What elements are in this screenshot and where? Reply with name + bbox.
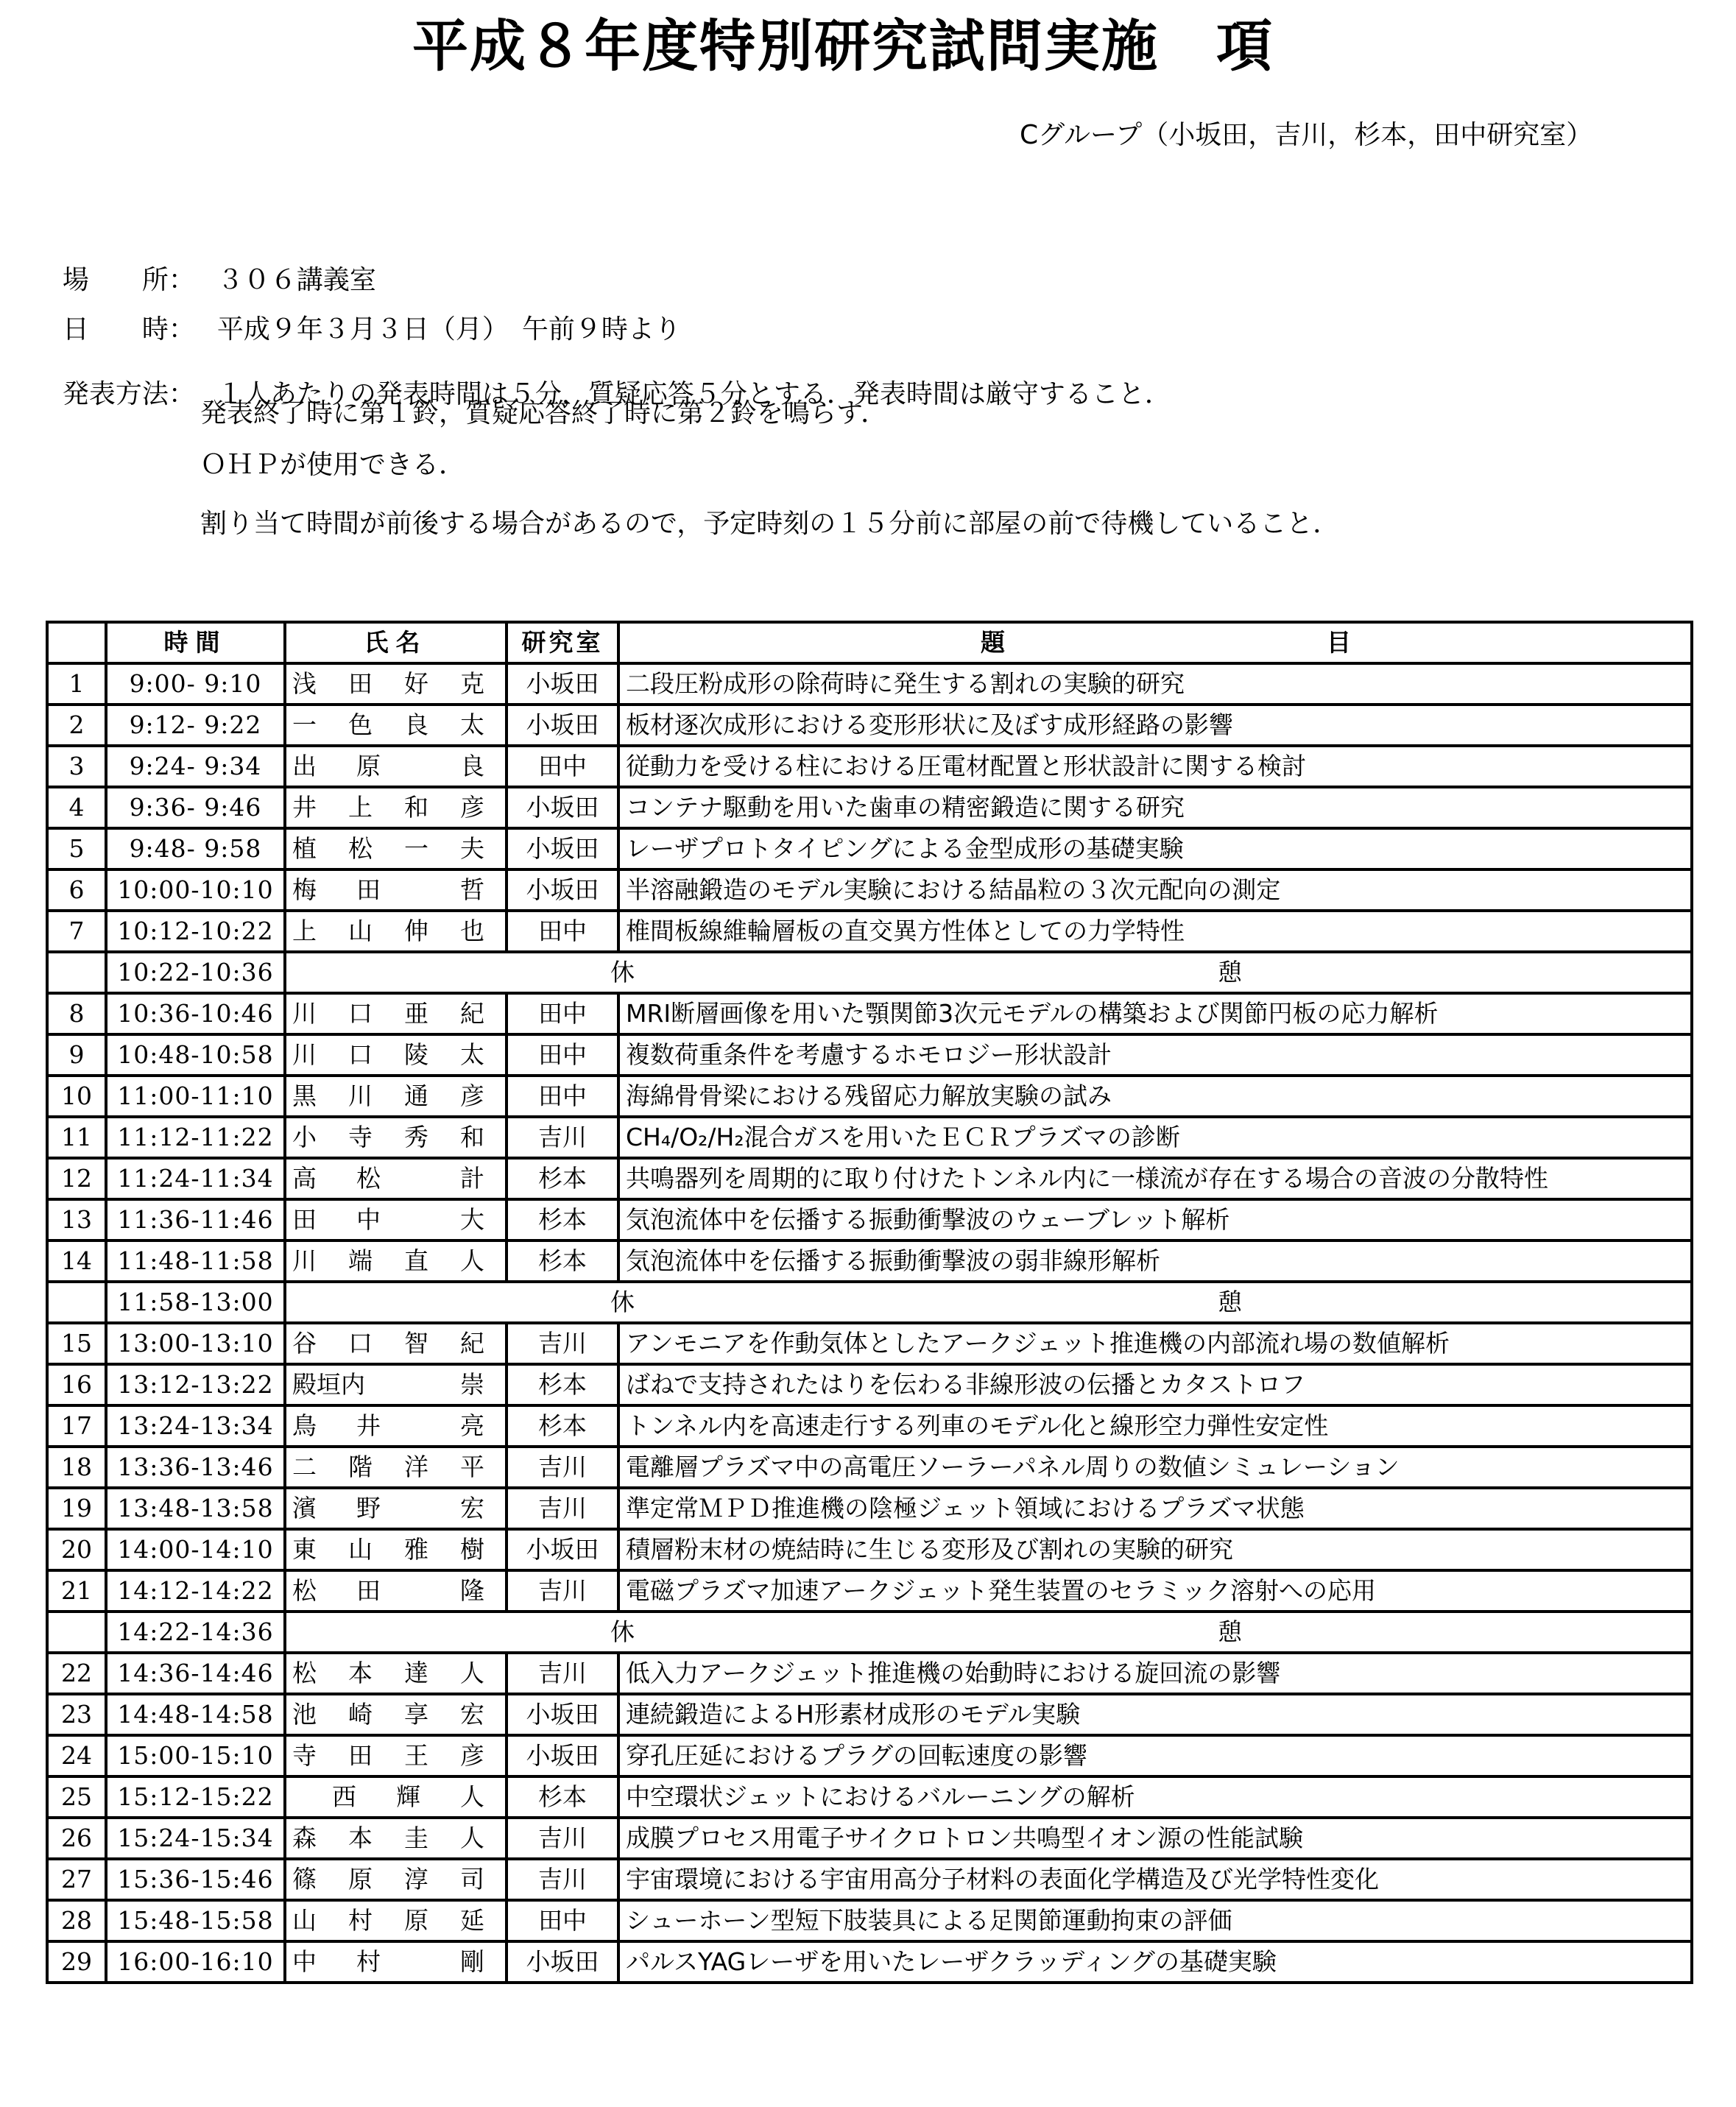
row-time: 9:48- 9:58	[106, 828, 285, 869]
name-char: 小	[292, 1123, 317, 1152]
row-name: 一色良太	[285, 705, 507, 746]
row-no: 23	[47, 1694, 106, 1735]
row-topic: 低入力アークジェット推進機の始動時における旋回流の影響	[618, 1653, 1692, 1694]
row-time: 15:24-15:34	[106, 1818, 285, 1859]
name-char: 上	[348, 793, 373, 822]
name-chars: 出原良	[292, 752, 499, 781]
name-char: 階	[348, 1453, 373, 1482]
row-no: 11	[47, 1117, 106, 1158]
name-chars: 鳥井亮	[292, 1411, 499, 1441]
row-name: 井上和彦	[285, 787, 507, 828]
name-char: 田	[348, 669, 373, 699]
break-row: 11:58-13:00休憩	[47, 1282, 1692, 1323]
table-row: 910:48-10:58川口陵太田中複数荷重条件を考慮するホモロジー形状設計	[47, 1034, 1692, 1076]
name-char: 人	[460, 1246, 484, 1276]
info-date: 日 時：平成９年３月３日（月） 午前９時より	[46, 279, 681, 347]
break-row: 10:22-10:36休憩	[47, 952, 1692, 993]
name-char: 司	[460, 1865, 484, 1894]
name-chars: 松本達人	[292, 1659, 499, 1688]
row-no: 12	[47, 1158, 106, 1199]
row-topic: 電離層プラズマ中の高電圧ソーラーパネル周りの数値シミュレーション	[618, 1447, 1692, 1488]
row-topic: 気泡流体中を伝播する振動衝撃波の弱非線形解析	[618, 1240, 1692, 1282]
name-chars: 池崎享宏	[292, 1700, 499, 1729]
row-name: 高松計	[285, 1158, 507, 1199]
name-char: 亮	[460, 1411, 484, 1441]
row-lab: 小坂田	[507, 1694, 618, 1735]
row-time: 9:24- 9:34	[106, 746, 285, 787]
name-chars: 中村剛	[292, 1947, 499, 1977]
row-lab: 小坂田	[507, 869, 618, 911]
name-char: 口	[348, 999, 373, 1028]
table-row: 29:12- 9:22一色良太小坂田板材逐次成形における変形形状に及ぼす成形経路…	[47, 705, 1692, 746]
table-row: 1713:24-13:34鳥井亮杉本トンネル内を高速走行する列車のモデル化と線形…	[47, 1405, 1692, 1447]
row-topic: トンネル内を高速走行する列車のモデル化と線形空力弾性安定性	[618, 1405, 1692, 1447]
name-char: 松	[292, 1659, 317, 1688]
row-time: 14:22-14:36	[106, 1612, 285, 1653]
break-label-a: 休	[610, 1288, 635, 1317]
row-topic: シューホーン型短下肢装具による足関節運動拘束の評価	[618, 1900, 1692, 1941]
name-char: 川	[292, 1040, 317, 1070]
name-char: 井	[292, 793, 317, 822]
break-label-b: 憩	[1218, 1617, 1242, 1647]
date-value: 平成９年３月３日（月） 午前９時より	[217, 314, 681, 345]
row-time: 13:12-13:22	[106, 1364, 285, 1405]
name-char: 口	[348, 1040, 373, 1070]
row-no: 17	[47, 1405, 106, 1447]
row-name: 川端直人	[285, 1240, 507, 1282]
row-name: 池崎享宏	[285, 1694, 507, 1735]
table-row: 2314:48-14:58池崎享宏小坂田連続鍛造によるH形素材成形のモデル実験	[47, 1694, 1692, 1735]
row-lab: 田中	[507, 746, 618, 787]
name-chars: 川端直人	[292, 1246, 499, 1276]
name-char: 川	[348, 1081, 373, 1111]
name-char: 原	[356, 752, 381, 781]
break-label-a: 休	[610, 958, 635, 987]
name-chars: 高松計	[292, 1164, 499, 1193]
name-chars: 森本圭人	[292, 1824, 499, 1853]
header-no	[47, 622, 106, 663]
row-topic: ばねで支持されたはりを伝わる非線形波の伝播とカタストロフ	[618, 1364, 1692, 1405]
row-time: 11:24-11:34	[106, 1158, 285, 1199]
row-topic: CH₄/O₂/H₂混合ガスを用いたＥＣＲプラズマの診断	[618, 1117, 1692, 1158]
row-name: 松本達人	[285, 1653, 507, 1694]
row-topic: 板材逐次成形における変形形状に及ぼす成形経路の影響	[618, 705, 1692, 746]
row-name: 川口陵太	[285, 1034, 507, 1076]
name-chars: 上山伸也	[292, 917, 499, 946]
name-chars: 谷口智紀	[292, 1329, 499, 1358]
table-row: 2916:00-16:10中村剛小坂田パルスYAGレーザを用いたレーザクラッディ…	[47, 1941, 1692, 1983]
row-lab: 吉川	[507, 1818, 618, 1859]
table-row: 2715:36-15:46篠原淳司吉川宇宙環境における宇宙用高分子材料の表面化学…	[47, 1859, 1692, 1900]
row-lab: 吉川	[507, 1859, 618, 1900]
table-header-row: 時間 氏名 研究室 題 目	[47, 622, 1692, 663]
row-lab: 小坂田	[507, 1941, 618, 1983]
break-label-b: 憩	[1218, 958, 1242, 987]
break-cell: 休憩	[285, 1282, 1692, 1323]
row-topic: 複数荷重条件を考慮するホモロジー形状設計	[618, 1034, 1692, 1076]
row-no: 22	[47, 1653, 106, 1694]
name-char: 洋	[404, 1453, 428, 1482]
row-lab: 田中	[507, 1034, 618, 1076]
row-time: 11:48-11:58	[106, 1240, 285, 1282]
name-chars: 小寺秀和	[292, 1123, 499, 1152]
row-time: 13:36-13:46	[106, 1447, 285, 1488]
row-name: 谷口智紀	[285, 1323, 507, 1364]
name-char: 田	[292, 1205, 317, 1235]
name-char: 上	[292, 917, 317, 946]
row-lab: 杉本	[507, 1199, 618, 1240]
name-chars: 二階洋平	[292, 1453, 499, 1482]
row-no: 25	[47, 1776, 106, 1818]
row-time: 10:22-10:36	[106, 952, 285, 993]
row-time: 14:12-14:22	[106, 1570, 285, 1612]
name-char: 松	[348, 834, 373, 864]
row-name: 鳥井亮	[285, 1405, 507, 1447]
name-char: 崎	[348, 1700, 373, 1729]
name-char: 人	[460, 1824, 484, 1853]
row-name: 浅田好克	[285, 663, 507, 705]
row-no	[47, 952, 106, 993]
name-char: 川	[292, 1246, 317, 1276]
row-lab: 田中	[507, 1076, 618, 1117]
name-char: 一	[404, 834, 428, 864]
row-topic: 連続鍛造によるH形素材成形のモデル実験	[618, 1694, 1692, 1735]
row-name: 松田隆	[285, 1570, 507, 1612]
row-topic: 椎間板線維輪層板の直交異方性体としての力学特性	[618, 911, 1692, 952]
row-time: 13:48-13:58	[106, 1488, 285, 1529]
name-chars: 殿垣内崇	[292, 1370, 499, 1400]
row-topic: 積層粉末材の焼結時に生じる変形及び割れの実験的研究	[618, 1529, 1692, 1570]
name-chars: 田中大	[292, 1205, 499, 1235]
schedule-body: 19:00- 9:10浅田好克小坂田二段圧粉成形の除荷時に発生する割れの実験的研…	[47, 663, 1692, 1983]
row-name: 殿垣内崇	[285, 1364, 507, 1405]
method-line: 割り当て時間が前後する場合があるので，予定時刻の１５分前に部屋の前で待機している…	[200, 507, 1339, 541]
row-lab: 吉川	[507, 1447, 618, 1488]
row-no: 27	[47, 1859, 106, 1900]
name-chars: 梅田哲	[292, 875, 499, 905]
row-time: 13:00-13:10	[106, 1323, 285, 1364]
row-lab: 小坂田	[507, 1529, 618, 1570]
header-topic-b: 目	[1327, 628, 1358, 657]
header-topic-a: 題	[981, 628, 1012, 657]
table-row: 810:36-10:46川口亜紀田中MRI断層画像を用いた顎関節3次元モデルの構…	[47, 993, 1692, 1034]
name-char: 二	[292, 1453, 317, 1482]
row-name: 川口亜紀	[285, 993, 507, 1034]
name-chars: 黒川通彦	[292, 1081, 499, 1111]
table-row: 1411:48-11:58川端直人杉本気泡流体中を伝播する振動衝撃波の弱非線形解…	[47, 1240, 1692, 1282]
row-topic: パルスYAGレーザを用いたレーザクラッディングの基礎実験	[618, 1941, 1692, 1983]
name-char: 淳	[404, 1865, 428, 1894]
table-row: 1813:36-13:46二階洋平吉川電離層プラズマ中の高電圧ソーラーパネル周り…	[47, 1447, 1692, 1488]
name-char: 野	[356, 1494, 381, 1523]
row-name: 黒川通彦	[285, 1076, 507, 1117]
method-label: 発表方法：	[63, 378, 217, 412]
row-no: 15	[47, 1323, 106, 1364]
row-time: 11:36-11:46	[106, 1199, 285, 1240]
name-char: 村	[356, 1947, 381, 1977]
row-no: 16	[47, 1364, 106, 1405]
row-lab: 田中	[507, 1900, 618, 1941]
name-char: 田	[356, 875, 381, 905]
name-char: 浅	[292, 669, 317, 699]
name-char: 也	[460, 917, 484, 946]
name-char: 輝	[396, 1782, 420, 1812]
name-char: 達	[404, 1659, 428, 1688]
row-time: 9:12- 9:22	[106, 705, 285, 746]
name-char: 鳥	[292, 1411, 317, 1441]
name-char: 西	[332, 1782, 356, 1812]
name-char: 良	[460, 752, 484, 781]
row-name: 梅田哲	[285, 869, 507, 911]
row-time: 13:24-13:34	[106, 1405, 285, 1447]
row-no: 8	[47, 993, 106, 1034]
row-topic: 準定常ＭＰＤ推進機の陰極ジェット領域におけるプラズマ状態	[618, 1488, 1692, 1529]
row-no: 18	[47, 1447, 106, 1488]
row-time: 9:36- 9:46	[106, 787, 285, 828]
name-char: 夫	[460, 834, 484, 864]
row-no: 14	[47, 1240, 106, 1282]
row-name: 東山雅樹	[285, 1529, 507, 1570]
name-char: 王	[404, 1741, 428, 1771]
name-char: 彦	[460, 793, 484, 822]
row-topic: 中空環状ジェットにおけるバルーニングの解析	[618, 1776, 1692, 1818]
row-no: 6	[47, 869, 106, 911]
row-no: 24	[47, 1735, 106, 1776]
name-char: 濱	[292, 1494, 317, 1523]
name-char: 森	[292, 1824, 317, 1853]
name-char: 谷	[292, 1329, 317, 1358]
name-chars: 川口陵太	[292, 1040, 499, 1070]
row-no	[47, 1282, 106, 1323]
name-char: 口	[348, 1329, 373, 1358]
row-topic: レーザプロトタイピングによる金型成形の基礎実験	[618, 828, 1692, 869]
row-no: 4	[47, 787, 106, 828]
name-char: 人	[460, 1659, 484, 1688]
name-char: 圭	[404, 1824, 428, 1853]
name-char: 彦	[460, 1741, 484, 1771]
break-label-b: 憩	[1218, 1288, 1242, 1317]
name-char: 東	[292, 1535, 317, 1564]
row-no: 10	[47, 1076, 106, 1117]
break-row: 14:22-14:36休憩	[47, 1612, 1692, 1653]
row-topic: 電磁プラズマ加速アークジェット発生装置のセラミック溶射への応用	[618, 1570, 1692, 1612]
name-char: 田	[348, 1741, 373, 1771]
row-topic: MRI断層画像を用いた顎関節3次元モデルの構築および関節円板の応力解析	[618, 993, 1692, 1034]
row-topic: 海綿骨骨梁における残留応力解放実験の試み	[618, 1076, 1692, 1117]
name-char: 隆	[460, 1576, 484, 1606]
table-row: 2014:00-14:10東山雅樹小坂田積層粉末材の焼結時に生じる変形及び割れの…	[47, 1529, 1692, 1570]
name-char: 紀	[460, 1329, 484, 1358]
name-char: 雅	[404, 1535, 428, 1564]
header-lab: 研究室	[507, 622, 618, 663]
table-row: 19:00- 9:10浅田好克小坂田二段圧粉成形の除荷時に発生する割れの実験的研…	[47, 663, 1692, 705]
row-topic: 気泡流体中を伝播する振動衝撃波のウェーブレット解析	[618, 1199, 1692, 1240]
name-chars: 一色良太	[292, 710, 499, 740]
row-time: 15:00-15:10	[106, 1735, 285, 1776]
name-char: 和	[404, 793, 428, 822]
row-topic: コンテナ駆動を用いた歯車の精密鍛造に関する研究	[618, 787, 1692, 828]
table-row: 1311:36-11:46田中大杉本気泡流体中を伝播する振動衝撃波のウェーブレッ…	[47, 1199, 1692, 1240]
table-row: 2415:00-15:10寺田王彦小坂田穿孔圧延におけるプラグの回転速度の影響	[47, 1735, 1692, 1776]
table-row: 1011:00-11:10黒川通彦田中海綿骨骨梁における残留応力解放実験の試み	[47, 1076, 1692, 1117]
name-char: 中	[292, 1947, 317, 1977]
row-topic: 従動力を受ける柱における圧電材配置と形状設計に関する検討	[618, 746, 1692, 787]
name-chars: 松田隆	[292, 1576, 499, 1606]
row-time: 11:58-13:00	[106, 1282, 285, 1323]
row-lab: 田中	[507, 993, 618, 1034]
row-lab: 吉川	[507, 1653, 618, 1694]
row-topic: 二段圧粉成形の除荷時に発生する割れの実験的研究	[618, 663, 1692, 705]
method-line: 発表終了時に第１鈴，質疑応答終了時に第２鈴を鳴らす．	[200, 397, 887, 431]
document-title: 平成８年度特別研究試問実施 項	[412, 13, 1369, 80]
name-char: 本	[348, 1824, 373, 1853]
row-no: 3	[47, 746, 106, 787]
name-char: 通	[404, 1081, 428, 1111]
row-lab: 吉川	[507, 1117, 618, 1158]
name-char: 克	[460, 669, 484, 699]
name-char: 原	[348, 1865, 373, 1894]
name-chars: 西輝人	[292, 1782, 499, 1812]
row-name: 植松一夫	[285, 828, 507, 869]
name-chars: 篠原淳司	[292, 1865, 499, 1894]
header-time: 時間	[106, 622, 285, 663]
name-char: 亜	[404, 999, 428, 1028]
name-char: 陵	[404, 1040, 428, 1070]
name-char: 寺	[292, 1741, 317, 1771]
row-lab: 杉本	[507, 1158, 618, 1199]
row-time: 9:00- 9:10	[106, 663, 285, 705]
row-time: 15:48-15:58	[106, 1900, 285, 1941]
table-row: 1913:48-13:58濱野宏吉川準定常ＭＰＤ推進機の陰極ジェット領域における…	[47, 1488, 1692, 1529]
row-topic: 共鳴器列を周期的に取り付けたトンネル内に一様流が存在する場合の音波の分散特性	[618, 1158, 1692, 1199]
row-no: 9	[47, 1034, 106, 1076]
name-char: 宏	[460, 1494, 484, 1523]
row-lab: 吉川	[507, 1570, 618, 1612]
row-no: 26	[47, 1818, 106, 1859]
name-char: 哲	[460, 875, 484, 905]
name-char: 崇	[460, 1370, 484, 1400]
name-char: 高	[292, 1164, 317, 1193]
row-lab: 吉川	[507, 1488, 618, 1529]
table-row: 2214:36-14:46松本達人吉川低入力アークジェット推進機の始動時における…	[47, 1653, 1692, 1694]
table-row: 710:12-10:22上山伸也田中椎間板線維輪層板の直交異方性体としての力学特…	[47, 911, 1692, 952]
table-row: 1613:12-13:22殿垣内崇杉本ばねで支持されたはりを伝わる非線形波の伝播…	[47, 1364, 1692, 1405]
row-time: 14:00-14:10	[106, 1529, 285, 1570]
name-char: 直	[404, 1246, 428, 1276]
row-no: 5	[47, 828, 106, 869]
name-char: 好	[404, 669, 428, 699]
table-row: 2114:12-14:22松田隆吉川電磁プラズマ加速アークジェット発生装置のセラ…	[47, 1570, 1692, 1612]
row-lab: 小坂田	[507, 1735, 618, 1776]
row-lab: 小坂田	[507, 828, 618, 869]
name-char: 植	[292, 834, 317, 864]
row-name: 上山伸也	[285, 911, 507, 952]
row-lab: 杉本	[507, 1405, 618, 1447]
row-topic: 成膜プロセス用電子サイクロトロン共鳴型イオン源の性能試験	[618, 1818, 1692, 1859]
name-char: 黒	[292, 1081, 317, 1111]
table-row: 2515:12-15:22西輝人杉本中空環状ジェットにおけるバルーニングの解析	[47, 1776, 1692, 1818]
name-char: 秀	[404, 1123, 428, 1152]
row-time: 10:36-10:46	[106, 993, 285, 1034]
name-char: 太	[460, 1040, 484, 1070]
table-row: 1513:00-13:10谷口智紀吉川アンモニアを作動気体としたアークジェット推…	[47, 1323, 1692, 1364]
row-no: 21	[47, 1570, 106, 1612]
name-char: 本	[348, 1659, 373, 1688]
row-lab: 小坂田	[507, 787, 618, 828]
name-chars: 植松一夫	[292, 834, 499, 864]
row-name: 田中大	[285, 1199, 507, 1240]
table-row: 39:24- 9:34出原良田中従動力を受ける柱における圧電材配置と形状設計に関…	[47, 746, 1692, 787]
break-cell: 休憩	[285, 952, 1692, 993]
header-name: 氏名	[285, 622, 507, 663]
row-lab: 田中	[507, 911, 618, 952]
row-time: 11:12-11:22	[106, 1117, 285, 1158]
name-char: 良	[404, 710, 428, 740]
row-time: 11:00-11:10	[106, 1076, 285, 1117]
name-char: 篠	[292, 1865, 317, 1894]
row-time: 15:36-15:46	[106, 1859, 285, 1900]
name-char: 享	[404, 1700, 428, 1729]
row-time: 10:00-10:10	[106, 869, 285, 911]
row-time: 10:48-10:58	[106, 1034, 285, 1076]
row-no: 29	[47, 1941, 106, 1983]
name-char: 樹	[460, 1535, 484, 1564]
row-name: 山村原延	[285, 1900, 507, 1941]
table-row: 49:36- 9:46井上和彦小坂田コンテナ駆動を用いた歯車の精密鍛造に関する研…	[47, 787, 1692, 828]
row-no: 20	[47, 1529, 106, 1570]
name-char: 一	[292, 710, 317, 740]
name-char: 平	[460, 1453, 484, 1482]
name-chars: 井上和彦	[292, 793, 499, 822]
row-name: 寺田王彦	[285, 1735, 507, 1776]
name-char: 人	[460, 1782, 484, 1812]
name-char: 智	[404, 1329, 428, 1358]
name-char: 原	[404, 1906, 428, 1935]
row-no: 1	[47, 663, 106, 705]
table-row: 2615:24-15:34森本圭人吉川成膜プロセス用電子サイクロトロン共鳴型イオ…	[47, 1818, 1692, 1859]
name-char: 山	[292, 1906, 317, 1935]
name-chars: 川口亜紀	[292, 999, 499, 1028]
name-char: 松	[292, 1576, 317, 1606]
row-no: 13	[47, 1199, 106, 1240]
row-no	[47, 1612, 106, 1653]
row-lab: 杉本	[507, 1776, 618, 1818]
row-topic: アンモニアを作動気体としたアークジェット推進機の内部流れ場の数値解析	[618, 1323, 1692, 1364]
row-lab: 小坂田	[507, 663, 618, 705]
name-char: 大	[460, 1205, 484, 1235]
table-row: 610:00-10:10梅田哲小坂田半溶融鍛造のモデル実験における結晶粒の３次元…	[47, 869, 1692, 911]
table-row: 1111:12-11:22小寺秀和吉川CH₄/O₂/H₂混合ガスを用いたＥＣＲプ…	[47, 1117, 1692, 1158]
schedule-table: 時間 氏名 研究室 題 目 19:00- 9:10浅田好克小坂田二段圧粉成形の除…	[46, 621, 1693, 1984]
table-row: 1211:24-11:34高松計杉本共鳴器列を周期的に取り付けたトンネル内に一様…	[47, 1158, 1692, 1199]
row-no: 19	[47, 1488, 106, 1529]
row-name: 出原良	[285, 746, 507, 787]
row-name: 小寺秀和	[285, 1117, 507, 1158]
name-char: 出	[292, 752, 317, 781]
name-char: 寺	[348, 1123, 373, 1152]
name-char: 紀	[460, 999, 484, 1028]
table-row: 2815:48-15:58山村原延田中シューホーン型短下肢装具による足関節運動拘…	[47, 1900, 1692, 1941]
name-char: 剛	[460, 1947, 484, 1977]
name-chars: 東山雅樹	[292, 1535, 499, 1564]
row-no: 2	[47, 705, 106, 746]
name-char: 宏	[460, 1700, 484, 1729]
row-topic: 半溶融鍛造のモデル実験における結晶粒の３次元配向の測定	[618, 869, 1692, 911]
name-char: 計	[460, 1164, 484, 1193]
break-label-a: 休	[610, 1617, 635, 1647]
row-lab: 杉本	[507, 1240, 618, 1282]
name-char: 村	[348, 1906, 373, 1935]
